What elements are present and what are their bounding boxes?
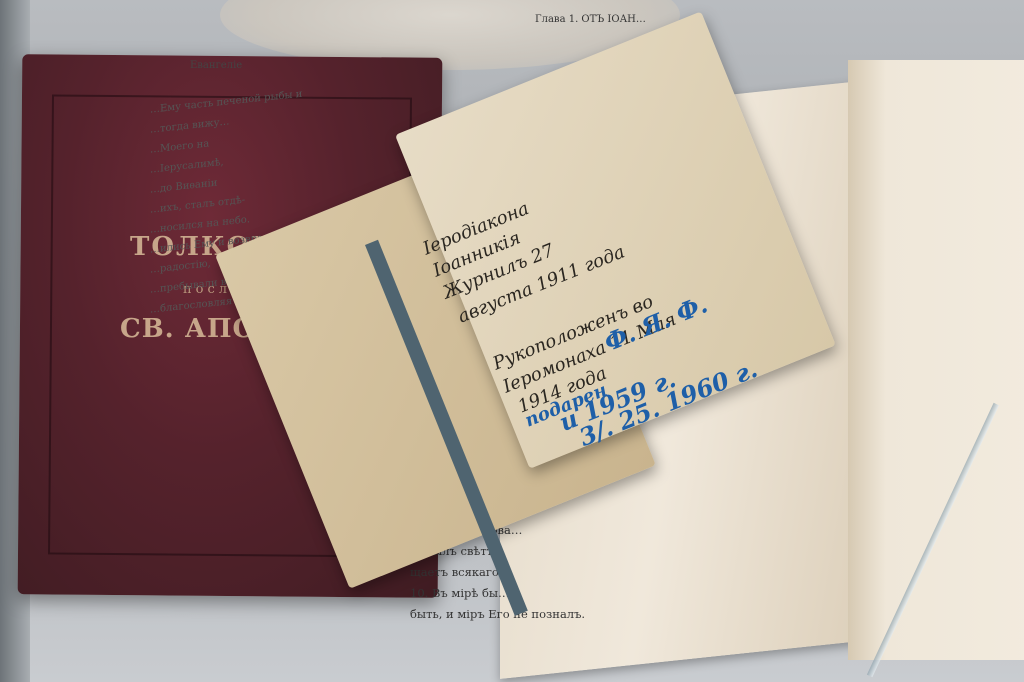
left-page-header: Евангеліе — [190, 60, 242, 71]
right-page-header: Глава 1. ОТЪ ІОАН… — [535, 14, 646, 25]
right-page — [848, 60, 1024, 660]
